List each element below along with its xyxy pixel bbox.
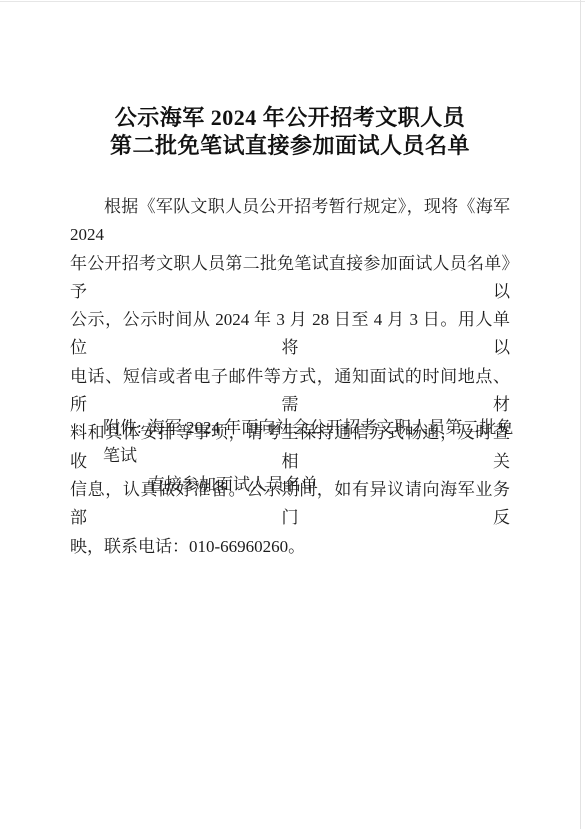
attachment-section: 附件:海军 2024 年面向社会公开招考文职人员第二批免笔试 直接参加面试人员名…	[103, 414, 523, 499]
paragraph-line-contact: 映，联系电话：010-66960260。	[70, 533, 510, 561]
attachment-title-part-1: 海军 2024 年面向社会公开招考文职人员第二批免笔试	[103, 418, 513, 465]
paragraph-line: 根据《军队文职人员公开招考暂行规定》，现将《海军 2024	[70, 193, 510, 250]
announcement-paragraph: 根据《军队文职人员公开招考暂行规定》，现将《海军 2024 年公开招考文职人员第…	[70, 193, 510, 561]
paragraph-line: 公示，公示时间从 2024 年 3 月 28 日至 4 月 3 日。用人单位将以	[70, 306, 510, 363]
page-right-edge-line	[580, 0, 581, 829]
document-title: 公示海军 2024 年公开招考文职人员 第二批免笔试直接参加面试人员名单	[70, 104, 510, 160]
title-line-1: 公示海军 2024 年公开招考文职人员	[70, 104, 510, 132]
paragraph-line: 电话、短信或者电子邮件等方式，通知面试的时间地点、所需材	[70, 363, 510, 420]
paragraph-line: 年公开招考文职人员第二批免笔试直接参加面试人员名单》予以	[70, 250, 510, 307]
attachment-line-1: 附件:海军 2024 年面向社会公开招考文职人员第二批免笔试	[103, 414, 523, 471]
document-page: 公示海军 2024 年公开招考文职人员 第二批免笔试直接参加面试人员名单 根据《…	[0, 0, 585, 829]
page-top-edge-line	[0, 1, 585, 2]
attachment-line-2: 直接参加面试人员名单	[148, 471, 523, 499]
attachment-label: 附件:	[103, 418, 142, 437]
title-line-2: 第二批免笔试直接参加面试人员名单	[70, 132, 510, 160]
